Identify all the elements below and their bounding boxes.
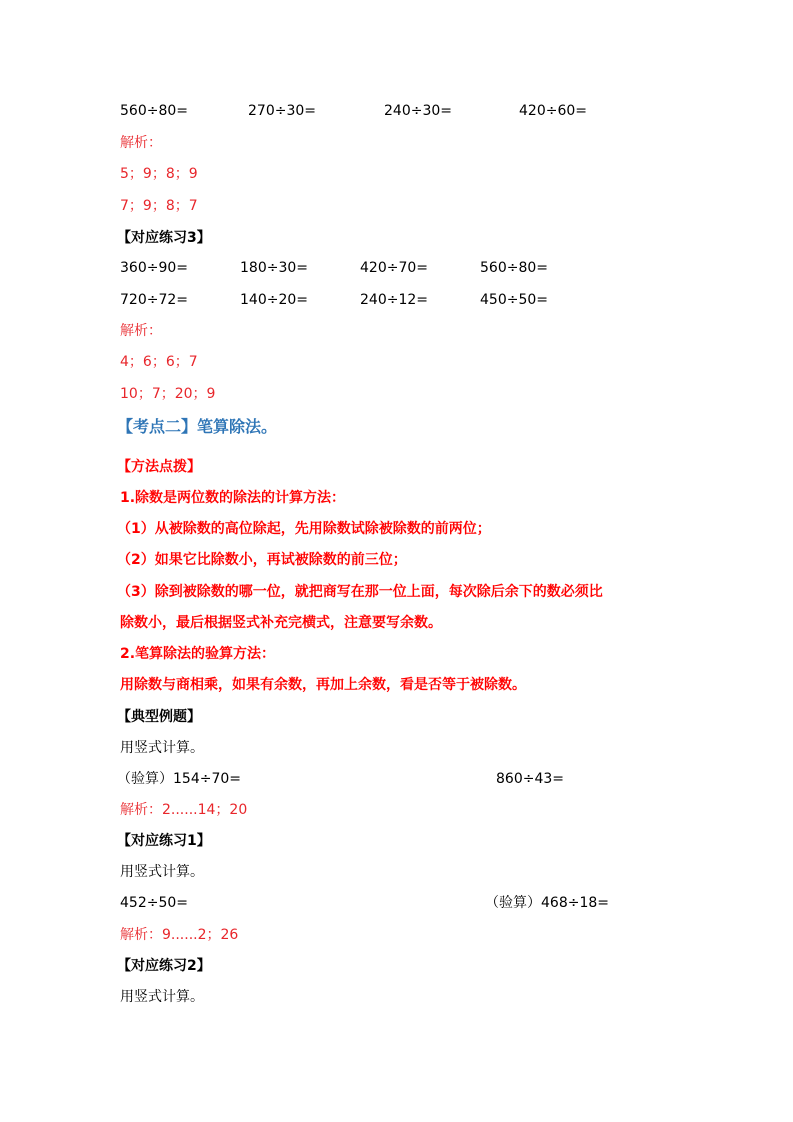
problem: 240÷30=: [384, 101, 452, 121]
problem: 140÷20=: [240, 290, 308, 310]
method-line: 1.除数是两位数的除法的计算方法：: [120, 488, 345, 508]
method-title: 【方法点拨】: [117, 457, 201, 477]
instruction: 用竖式计算。: [120, 862, 204, 882]
method-line: （1）从被除数的高位除起，先用除数试除被除数的前两位；: [117, 519, 491, 539]
problem: 560÷80=: [480, 258, 548, 278]
answer-line: 10；7；20；9: [120, 384, 215, 404]
method-line: 用除数与商相乘，如果有余数，再加上余数，看是否等于被除数。: [120, 675, 526, 695]
problem: 240÷12=: [360, 290, 428, 310]
method-line: 2.笔算除法的验算方法：: [120, 644, 275, 664]
instruction: 用竖式计算。: [120, 987, 204, 1007]
method-line: 除数小，最后根据竖式补充完横式，注意要写余数。: [120, 613, 442, 633]
problem: （验算）468÷18=: [485, 893, 609, 913]
problem: 360÷90=: [120, 258, 188, 278]
problem: 180÷30=: [240, 258, 308, 278]
problem: 450÷50=: [480, 290, 548, 310]
analysis-label: 解析：: [120, 321, 162, 341]
method-line: （2）如果它比除数小，再试被除数的前三位；: [117, 550, 407, 570]
example-title: 【典型例题】: [117, 707, 201, 727]
problem: 860÷43=: [496, 769, 564, 789]
problem: 270÷30=: [248, 101, 316, 121]
problem: 452÷50=: [120, 893, 188, 913]
problem: 720÷72=: [120, 290, 188, 310]
problem: 420÷60=: [519, 101, 587, 121]
instruction: 用竖式计算。: [120, 738, 204, 758]
practice-2-title: 【对应练习2】: [117, 956, 211, 976]
problem: 560÷80=: [120, 101, 188, 121]
problem: （验算）154÷70=: [117, 769, 241, 789]
analysis-label: 解析：: [120, 133, 162, 153]
answer-line: 4；6；6；7: [120, 352, 198, 372]
method-line: （3）除到被除数的哪一位，就把商写在那一位上面，每次除后余下的数必须比: [117, 582, 603, 602]
practice-1-title: 【对应练习1】: [117, 831, 211, 851]
problem: 420÷70=: [360, 258, 428, 278]
analysis: 解析：2......14；20: [120, 800, 247, 820]
answer-line: 5；9；8；9: [120, 164, 198, 184]
analysis: 解析：9......2；26: [120, 925, 238, 945]
practice-3-title: 【对应练习3】: [117, 228, 211, 248]
section-title: 【考点二】笔算除法。: [117, 417, 277, 437]
answer-line: 7；9；8；7: [120, 196, 198, 216]
